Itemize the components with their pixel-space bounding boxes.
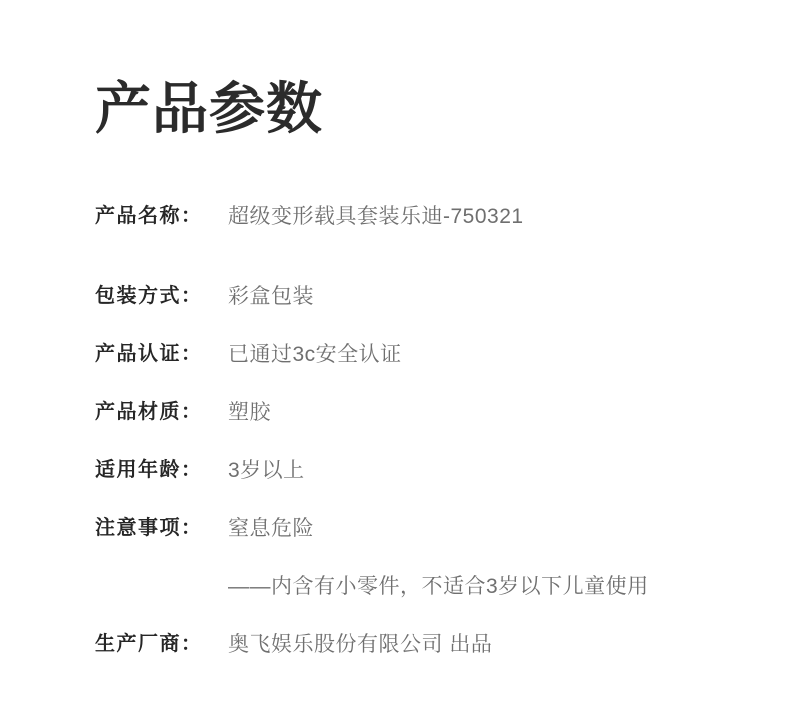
spec-row-age-range: 适用年龄： 3岁以上 <box>95 457 750 484</box>
spec-label: 适用年龄： <box>95 457 228 484</box>
spec-row-warning-detail: ——内含有小零件，不适合3岁以下儿童使用 <box>95 573 750 600</box>
spec-value: 窒息危险 <box>228 515 314 542</box>
page-title: 产品参数 <box>95 73 750 145</box>
spec-row-packaging: 包装方式： 彩盒包装 <box>95 283 750 310</box>
spec-row-warnings: 注意事项： 窒息危险 <box>95 515 750 542</box>
spec-row-manufacturer: 生产厂商： 奥飞娱乐股份有限公司 出品 <box>95 631 750 658</box>
spec-value: ——内含有小零件，不适合3岁以下儿童使用 <box>228 573 649 600</box>
spec-value: 超级变形载具套装乐迪-750321 <box>228 203 524 230</box>
spec-label: 包装方式： <box>95 283 228 310</box>
spec-label: 产品认证： <box>95 341 228 368</box>
spec-list: 产品名称： 超级变形载具套装乐迪-750321 包装方式： 彩盒包装 产品认证：… <box>95 203 750 658</box>
product-parameters-section: 产品参数 产品名称： 超级变形载具套装乐迪-750321 包装方式： 彩盒包装 … <box>0 0 790 716</box>
spec-label: 产品材质： <box>95 399 228 426</box>
spec-value: 塑胶 <box>228 399 271 426</box>
spec-row-certification: 产品认证： 已通过3c安全认证 <box>95 341 750 368</box>
spec-value: 彩盒包装 <box>228 283 314 310</box>
spec-value: 已通过3c安全认证 <box>228 341 402 368</box>
spec-value: 3岁以上 <box>228 457 305 484</box>
spec-label: 注意事项： <box>95 515 228 542</box>
spec-row-material: 产品材质： 塑胶 <box>95 399 750 426</box>
spec-row-product-name: 产品名称： 超级变形载具套装乐迪-750321 <box>95 203 750 230</box>
spec-label: 产品名称： <box>95 203 228 230</box>
spec-label: 生产厂商： <box>95 631 228 658</box>
spec-value: 奥飞娱乐股份有限公司 出品 <box>228 631 492 658</box>
